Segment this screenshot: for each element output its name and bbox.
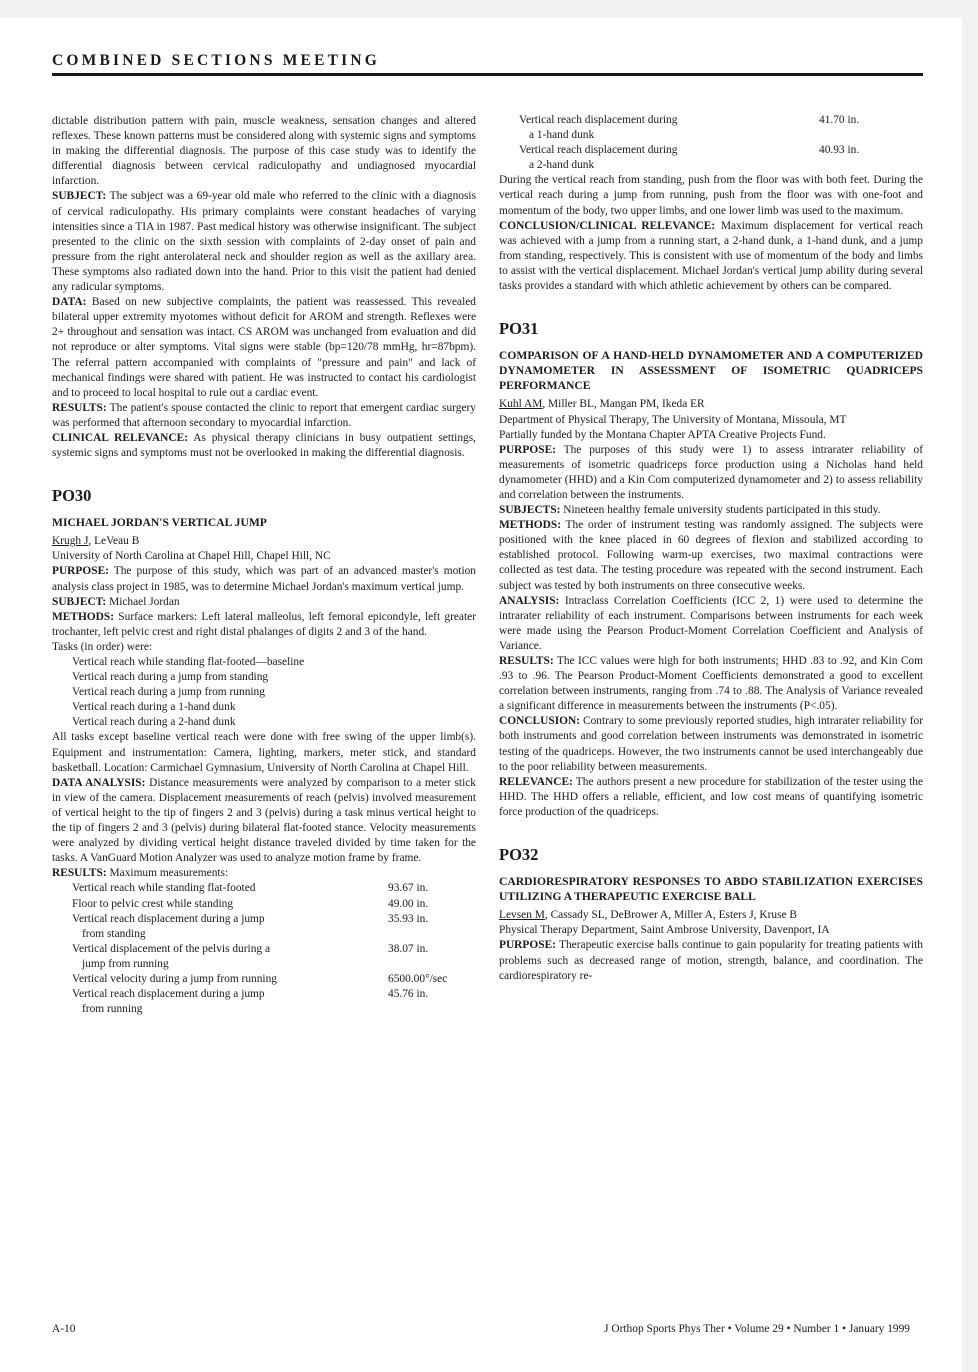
abstract-title: CARDIORESPIRATORY RESPONSES TO ABDO STAB… [499,874,923,904]
section-label: RELEVANCE: [499,776,573,788]
task-item: Vertical reach while standing flat-foote… [72,655,476,670]
section-text: The subject was a 69-year old male who r… [52,190,476,293]
presenting-author: Kuhl AM [499,398,542,410]
purpose-paragraph: PURPOSE: Therapeutic exercise balls cont… [499,938,923,983]
prev-data-paragraph: DATA: Based on new subjective complaints… [52,295,476,401]
prev-subject-paragraph: SUBJECT: The subject was a 69-year old m… [52,189,476,295]
section-label: DATA: [52,296,86,308]
presenting-author: Levsen M [499,909,545,921]
section-text: Based on new subjective complaints, the … [52,296,476,399]
task-item: Vertical reach during a jump from standi… [72,670,476,685]
measurement-label: Vertical displacement of the pelvis duri… [52,942,388,972]
measurement-value: 40.93 in. [819,143,923,173]
conclusion-paragraph: CONCLUSION/CLINICAL RELEVANCE: Maximum d… [499,219,923,294]
section-label: ANALYSIS: [499,595,559,607]
table-row: Vertical velocity during a jump from run… [52,972,476,987]
section-label: DATA ANALYSIS: [52,777,145,789]
affiliation: Physical Therapy Department, Saint Ambro… [499,923,923,938]
measurements-table-continued: Vertical reach displacement duringa 1-ha… [499,113,923,173]
subjects-paragraph: SUBJECTS: Nineteen healthy female univer… [499,503,923,518]
abstract-title: MICHAEL JORDAN'S VERTICAL JUMP [52,515,476,530]
measurement-value: 41.70 in. [819,113,923,143]
authors: Krugh J, LeVeau B [52,534,476,549]
abstract-id: PO31 [499,320,923,338]
purpose-paragraph: PURPOSE: The purpose of this study, whic… [52,564,476,594]
methods-paragraph: METHODS: The order of instrument testing… [499,518,923,593]
table-row: Vertical reach displacement duringa 2-ha… [499,143,923,173]
section-text: Michael Jordan [106,596,179,608]
relevance-paragraph: RELEVANCE: The authors present a new pro… [499,775,923,820]
section-label: RESULTS: [52,867,107,879]
section-label: PURPOSE: [52,565,109,577]
label-text: Vertical displacement of the pelvis duri… [72,943,270,955]
label-continuation: from standing [72,927,388,942]
left-column: dictable distribution pattern with pain,… [52,114,476,1017]
task-item: Vertical reach during a 2-hand dunk [72,715,476,730]
section-text: The ICC values were high for both instru… [499,655,923,712]
data-analysis-paragraph: DATA ANALYSIS: Distance measurements wer… [52,776,476,867]
conclusion-paragraph: CONCLUSION: Contrary to some previously … [499,714,923,774]
journal-citation: J Orthop Sports Phys Ther • Volume 29 • … [604,1323,910,1335]
presenting-author: Krugh J [52,535,88,547]
section-text: Intraclass Correlation Coefficients (ICC… [499,595,923,652]
label-text: Vertical reach displacement during [519,114,677,126]
tasks-intro: Tasks (in order) were: [52,640,476,655]
section-label: CLINICAL RELEVANCE: [52,432,188,444]
label-text: Vertical reach displacement during a jum… [72,988,265,1000]
measurement-value: 6500.00°/sec [388,972,476,987]
purpose-paragraph: PURPOSE: The purposes of this study were… [499,443,923,503]
co-authors: , Cassady SL, DeBrower A, Miller A, Este… [545,909,797,921]
abstract-po30: PO30 MICHAEL JORDAN'S VERTICAL JUMP Krug… [52,487,476,1017]
section-label: SUBJECT: [52,190,106,202]
measurement-value: 49.00 in. [388,897,476,912]
section-text: The purposes of this study were 1) to as… [499,444,923,501]
abstract-id: PO30 [52,487,476,505]
section-text: Maximum measurements: [107,867,228,879]
table-row: Vertical reach while standing flat-foote… [52,881,476,896]
header-rule [52,73,923,76]
table-row: Vertical reach displacement during a jum… [52,987,476,1017]
results-paragraph: RESULTS: The ICC values were high for bo… [499,654,923,714]
table-row: Vertical reach displacement duringa 1-ha… [499,113,923,143]
section-label: PURPOSE: [499,444,556,456]
task-item: Vertical reach during a jump from runnin… [72,685,476,700]
section-text: Distance measurements were analyzed by c… [52,777,476,864]
section-label: PURPOSE: [499,939,556,951]
page-number: A-10 [52,1323,75,1335]
results-intro: RESULTS: Maximum measurements: [52,866,476,881]
prev-abstract-continuation: dictable distribution pattern with pain,… [52,114,476,189]
results-after: During the vertical reach from standing,… [499,173,923,218]
section-label: CONCLUSION: [499,715,580,727]
affiliation: University of North Carolina at Chapel H… [52,549,476,564]
section-text: Nineteen healthy female university stude… [560,504,880,516]
running-head: COMBINED SECTIONS MEETING [52,52,380,70]
measurement-label: Vertical reach displacement during a jum… [52,912,388,942]
right-column: Vertical reach displacement duringa 1-ha… [499,113,923,984]
analysis-paragraph: ANALYSIS: Intraclass Correlation Coeffic… [499,594,923,654]
section-text: The purpose of this study, which was par… [52,565,476,592]
section-label: METHODS: [52,611,114,623]
section-label: SUBJECT: [52,596,106,608]
section-label: SUBJECTS: [499,504,560,516]
measurement-value: 45.76 in. [388,987,476,1017]
prev-relevance-paragraph: CLINICAL RELEVANCE: As physical therapy … [52,431,476,461]
abstract-title: COMPARISON OF A HAND-HELD DYNAMOMETER AN… [499,348,923,393]
prev-results-paragraph: RESULTS: The patient's spouse contacted … [52,401,476,431]
table-row: Vertical displacement of the pelvis duri… [52,942,476,972]
measurement-value: 93.67 in. [388,881,476,896]
section-text: The order of instrument testing was rand… [499,519,923,591]
methods-paragraph: METHODS: Surface markers: Left lateral m… [52,610,476,640]
abstract-po32: PO32 CARDIORESPIRATORY RESPONSES TO ABDO… [499,846,923,984]
section-text: Therapeutic exercise balls continue to g… [499,939,923,981]
section-text: Surface markers: Left lateral malleolus,… [52,611,476,638]
tasks-after: All tasks except baseline vertical reach… [52,730,476,775]
task-item: Vertical reach during a 1-hand dunk [72,700,476,715]
measurement-value: 35.93 in. [388,912,476,942]
table-row: Floor to pelvic crest while standing 49.… [52,897,476,912]
measurement-label: Vertical velocity during a jump from run… [52,972,388,987]
measurement-label: Vertical reach displacement duringa 2-ha… [499,143,819,173]
table-row: Vertical reach displacement during a jum… [52,912,476,942]
measurements-table: Vertical reach while standing flat-foote… [52,881,476,1017]
section-label: RESULTS: [52,402,107,414]
label-text: Floor to pelvic crest while standing [72,898,233,910]
label-continuation: a 1-hand dunk [519,128,819,143]
task-list: Vertical reach while standing flat-foote… [52,655,476,730]
label-continuation: a 2-hand dunk [519,158,819,173]
label-text: Vertical velocity during a jump from run… [72,973,277,985]
measurement-label: Vertical reach displacement during a jum… [52,987,388,1017]
funding-note: Partially funded by the Montana Chapter … [499,428,923,443]
measurement-label: Floor to pelvic crest while standing [52,897,388,912]
co-authors: , LeVeau B [88,535,139,547]
label-continuation: jump from running [72,957,388,972]
section-label: CONCLUSION/CLINICAL RELEVANCE: [499,220,715,232]
measurement-label: Vertical reach while standing flat-foote… [52,881,388,896]
authors: Kuhl AM, Miller BL, Mangan PM, Ikeda ER [499,397,923,412]
label-text: Vertical reach while standing flat-foote… [72,882,255,894]
section-label: RESULTS: [499,655,554,667]
abstract-po31: PO31 COMPARISON OF A HAND-HELD DYNAMOMET… [499,320,923,820]
journal-page: COMBINED SECTIONS MEETING dictable distr… [0,18,962,1372]
section-label: METHODS: [499,519,561,531]
co-authors: , Miller BL, Mangan PM, Ikeda ER [542,398,704,410]
authors: Levsen M, Cassady SL, DeBrower A, Miller… [499,908,923,923]
measurement-label: Vertical reach displacement duringa 1-ha… [499,113,819,143]
section-text: The patient's spouse contacted the clini… [52,402,476,429]
label-text: Vertical reach displacement during a jum… [72,913,265,925]
label-text: Vertical reach displacement during [519,144,677,156]
subject-paragraph: SUBJECT: Michael Jordan [52,595,476,610]
measurement-value: 38.07 in. [388,942,476,972]
label-continuation: from running [72,1002,388,1017]
intro-text: dictable distribution pattern with pain,… [52,115,476,187]
abstract-id: PO32 [499,846,923,864]
affiliation: Department of Physical Therapy, The Univ… [499,413,923,428]
